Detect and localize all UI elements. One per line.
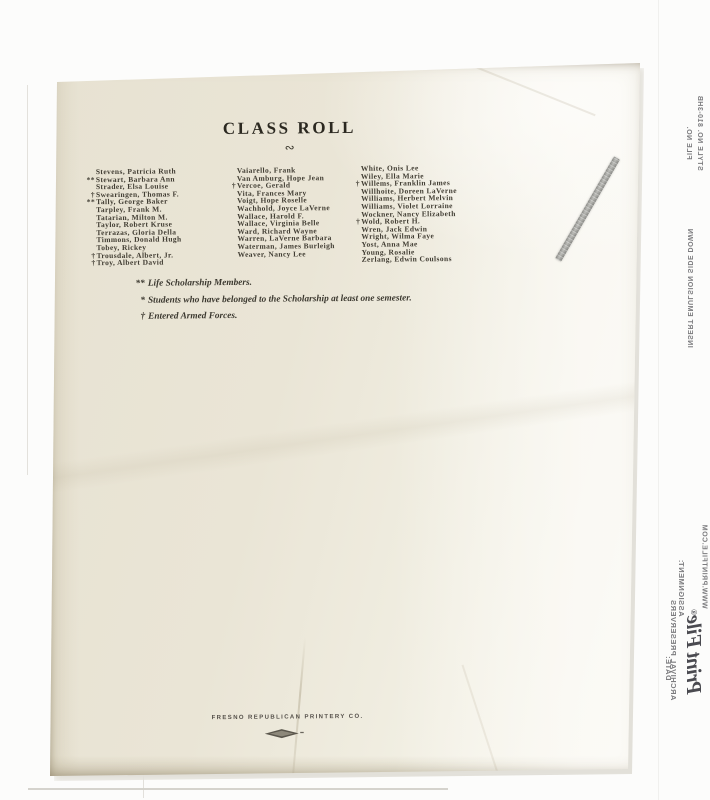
roster-entry-name: Troy, Albert David xyxy=(97,258,164,268)
roster-entry-marker: ** xyxy=(84,176,96,184)
sleeve-date-label: DATE: xyxy=(664,648,674,688)
footnote-text: Entered Armed Forces. xyxy=(148,311,237,322)
roster-entry: Zerlang, Edwin Coulsons xyxy=(361,255,491,264)
roster-entry-marker: † xyxy=(349,180,361,188)
sleeve-left-crease xyxy=(27,85,28,475)
sleeve-style-no-label: STYLE NO. 810-3HB xyxy=(695,87,705,179)
title-ornament: ∾ xyxy=(190,140,390,157)
footnote-marker: ** xyxy=(131,279,145,289)
print-file-logo: Print File® xyxy=(681,588,707,716)
roster-column-3: White, Onis LeeWiley, Ella Marie†Willems… xyxy=(360,164,491,264)
paper-page: CLASS ROLL ∾ Stevens, Patricia Ruth**Ste… xyxy=(50,62,641,777)
roster-column-1: Stevens, Patricia Ruth**Stewart, Barbara… xyxy=(95,167,234,267)
footnote-text: Life Scholarship Members. xyxy=(148,278,252,289)
roster-entry: †Troy, Albert David xyxy=(96,258,234,267)
sleeve-emulsion-instruction: INSERT EMULSION SIDE DOWN xyxy=(685,209,695,367)
roster-entry-marker: † xyxy=(349,218,361,226)
printers-union-bug-ornament xyxy=(265,728,305,738)
roster-entry-marker: ** xyxy=(84,199,96,207)
sleeve-bottom-edge xyxy=(28,788,448,790)
footnote-legend: **Life Scholarship Members. *Students wh… xyxy=(131,275,551,328)
footnote-marker: * xyxy=(131,295,145,305)
footnote-marker: † xyxy=(131,312,145,322)
scanned-page-in-archival-sleeve: CLASS ROLL ∾ Stevens, Patricia Ruth**Ste… xyxy=(0,0,710,800)
roster-entry: Weaver, Nancy Lee xyxy=(237,249,369,258)
sleeve-file-no-label: FILE NO. xyxy=(684,117,694,169)
print-file-logo-text: Print File xyxy=(682,615,707,695)
roster-entry-name: Weaver, Nancy Lee xyxy=(238,249,306,259)
printed-content: CLASS ROLL ∾ Stevens, Patricia Ruth**Ste… xyxy=(47,59,644,779)
registered-mark: ® xyxy=(690,609,699,615)
page-title: CLASS ROLL xyxy=(189,118,389,140)
printer-imprint: FRESNO REPUBLICAN PRINTERY CO. xyxy=(188,714,388,722)
sleeve-right-fold xyxy=(658,0,659,800)
roster-entry-marker: † xyxy=(225,182,237,190)
roster-entry-marker: † xyxy=(85,259,97,267)
footnote: †Entered Armed Forces. xyxy=(131,308,551,328)
roster-entry-name: Zerlang, Edwin Coulsons xyxy=(362,254,452,264)
footnote-text: Students who have belonged to the Schola… xyxy=(148,293,412,305)
